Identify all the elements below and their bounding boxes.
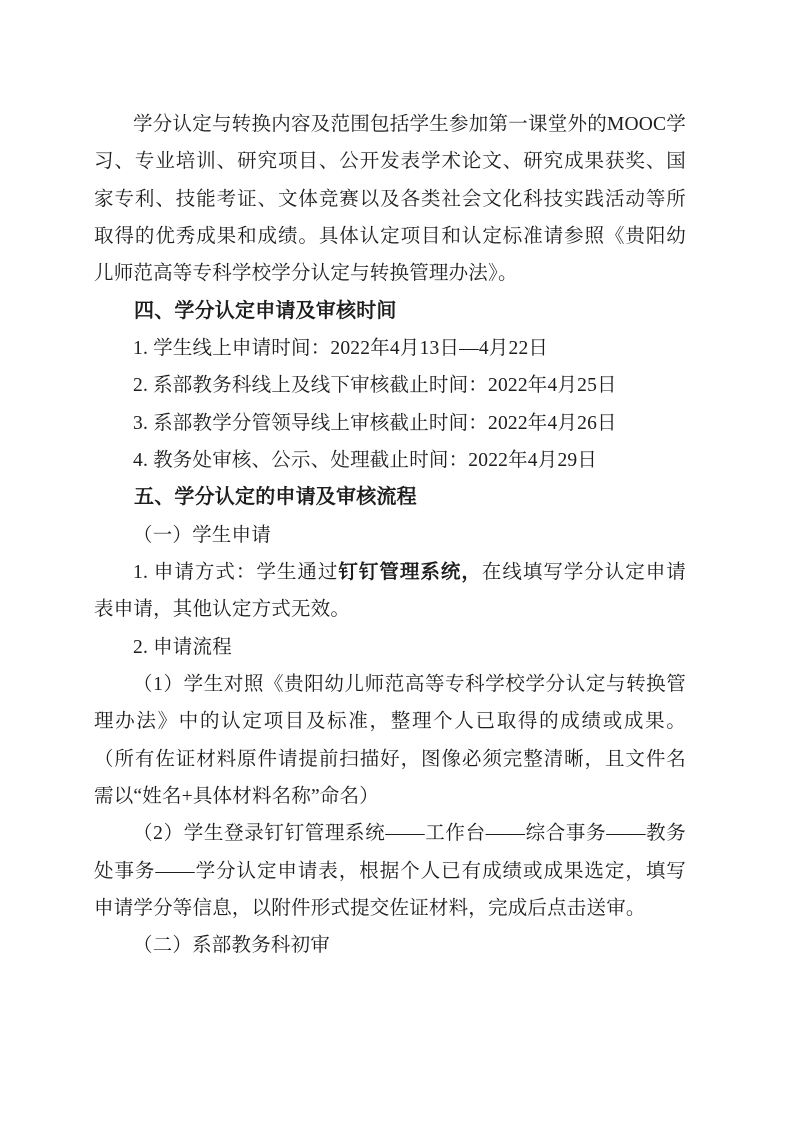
intro-line-2: 习、专业培训、研究项目、公开发表学术论文、研究成果获奖、国 [94, 143, 686, 180]
section-4-item-4: 4. 教务处审核、公示、处理截止时间：2022年4月29日 [94, 442, 686, 479]
text-run: （1）学生对照《贵阳幼儿师范高等专科学校学分认定与转换管 [133, 674, 686, 695]
document-body: 学分认定与转换内容及范围包括学生参加第一课堂外的MOOC学习、专业培训、研究项目… [94, 106, 686, 965]
text-run: 1. 申请方式：学生通过 [133, 562, 338, 583]
text-run: 申请学分等信息，以附件形式提交佐证材料，完成后点击送审。 [94, 898, 646, 919]
intro-line-5: 儿师范高等专科学校学分认定与转换管理办法》。 [94, 255, 686, 292]
section-5-heading: 五、学分认定的申请及审核流程 [94, 479, 686, 516]
apply-method-line-2: 表申请，其他认定方式无效。 [94, 591, 686, 628]
section-4-heading: 四、学分认定申请及审核时间 [94, 293, 686, 330]
text-run: 4. 教务处审核、公示、处理截止时间：2022年4月29日 [133, 450, 597, 471]
text-run: 需以“姓名+具体材料名称”命名） [94, 786, 379, 807]
text-run: 1. 学生线上申请时间：2022年4月13日—4月22日 [133, 338, 548, 359]
apply-flow-heading: 2. 申请流程 [94, 629, 686, 666]
text-run: 五、学分认定的申请及审核流程 [134, 486, 417, 508]
text-run: 家专利、技能考证、文体竞赛以及各类社会文化科技实践活动等所 [94, 189, 686, 210]
text-run: （2）学生登录钉钉管理系统——工作台——综合事务——教务 [133, 823, 686, 844]
flow-step-2-line-2: 处事务——学分认定申请表，根据个人已有成绩或成果选定，填写 [94, 853, 686, 890]
bold-text-run: 钉钉管理系统， [338, 561, 481, 583]
flow-step-1-line-4: 需以“姓名+具体材料名称”命名） [94, 778, 686, 815]
text-run: 2. 系部教务科线上及线下审核截止时间：2022年4月25日 [133, 375, 617, 396]
intro-line-1: 学分认定与转换内容及范围包括学生参加第一课堂外的MOOC学 [94, 106, 686, 143]
text-run: 学分认定与转换内容及范围包括学生参加第一课堂外的MOOC学 [133, 114, 686, 135]
text-run: 习、专业培训、研究项目、公开发表学术论文、研究成果获奖、国 [94, 151, 686, 172]
text-run: 表申请，其他认定方式无效。 [94, 599, 350, 620]
text-run: 取得的优秀成果和成绩。具体认定项目和认定标准请参照《贵阳幼 [94, 226, 686, 247]
document-page: 学分认定与转换内容及范围包括学生参加第一课堂外的MOOC学习、专业培训、研究项目… [0, 0, 793, 1122]
flow-step-1-line-2: 理办法》中的认定项目及标准，整理个人已取得的成绩或成果。 [94, 703, 686, 740]
flow-step-1-line-3: （所有佐证材料原件请提前扫描好，图像必须完整清晰，且文件名 [94, 741, 686, 778]
text-run: 四、学分认定申请及审核时间 [134, 300, 397, 322]
intro-line-4: 取得的优秀成果和成绩。具体认定项目和认定标准请参照《贵阳幼 [94, 218, 686, 255]
apply-method-line-1: 1. 申请方式：学生通过钉钉管理系统，在线填写学分认定申请 [94, 554, 686, 591]
text-run: 2. 申请流程 [133, 637, 232, 658]
text-run: （二）系部教务科初审 [133, 935, 330, 956]
flow-step-2-line-3: 申请学分等信息，以附件形式提交佐证材料，完成后点击送审。 [94, 890, 686, 927]
section-5-sub-2: （二）系部教务科初审 [94, 927, 686, 964]
text-run: 在线填写学分认定申请 [482, 562, 686, 583]
text-run: 3. 系部教学分管领导线上审核截止时间：2022年4月26日 [133, 413, 617, 434]
section-5-sub-1: （一）学生申请 [94, 517, 686, 554]
intro-line-3: 家专利、技能考证、文体竞赛以及各类社会文化科技实践活动等所 [94, 181, 686, 218]
text-run: 处事务——学分认定申请表，根据个人已有成绩或成果选定，填写 [94, 861, 686, 882]
section-4-item-3: 3. 系部教学分管领导线上审核截止时间：2022年4月26日 [94, 405, 686, 442]
text-run: 理办法》中的认定项目及标准，整理个人已取得的成绩或成果。 [94, 711, 686, 732]
text-run: （一）学生申请 [133, 525, 271, 546]
text-run: 儿师范高等专科学校学分认定与转换管理办法》。 [94, 263, 518, 284]
flow-step-2-line-1: （2）学生登录钉钉管理系统——工作台——综合事务——教务 [94, 815, 686, 852]
section-4-item-1: 1. 学生线上申请时间：2022年4月13日—4月22日 [94, 330, 686, 367]
section-4-item-2: 2. 系部教务科线上及线下审核截止时间：2022年4月25日 [94, 367, 686, 404]
text-run: （所有佐证材料原件请提前扫描好，图像必须完整清晰，且文件名 [94, 749, 686, 770]
flow-step-1-line-1: （1）学生对照《贵阳幼儿师范高等专科学校学分认定与转换管 [94, 666, 686, 703]
